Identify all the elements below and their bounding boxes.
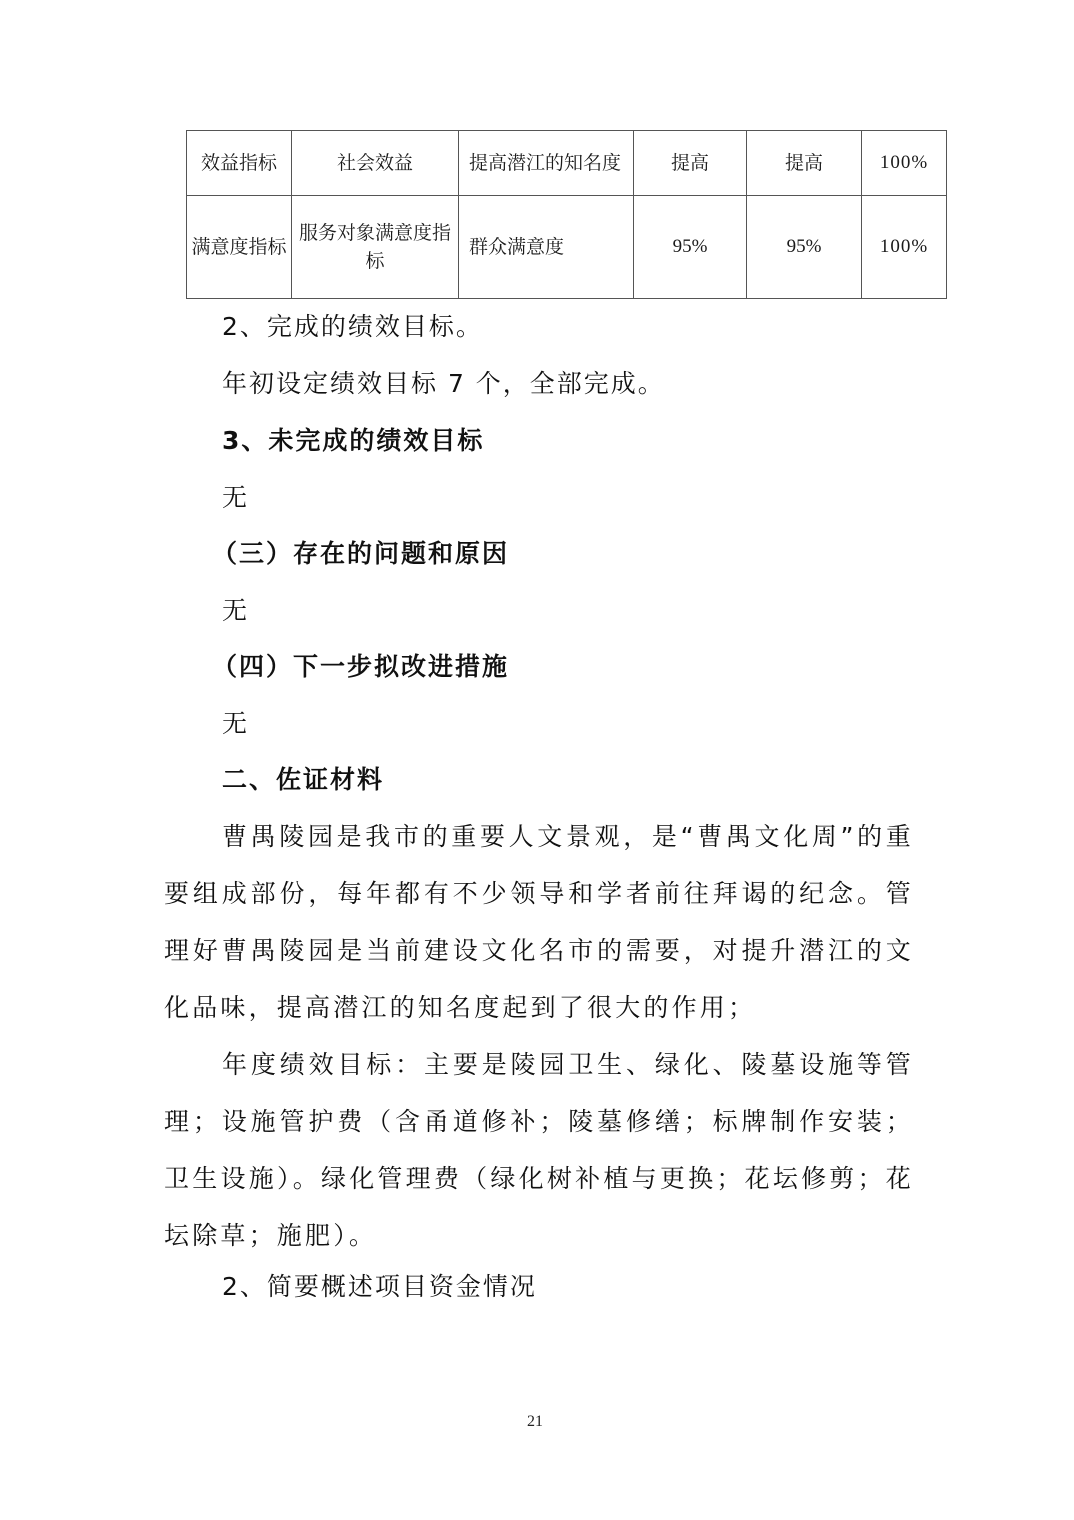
problems-body: 无: [222, 594, 249, 628]
cell-completion: 100%: [862, 131, 947, 196]
cell-level1: 效益指标: [187, 131, 292, 196]
cell-indicator: 群众满意度: [459, 196, 634, 299]
cell-level2: 服务对象满意度指标: [292, 196, 459, 299]
uncompleted-goals-heading: 3、未完成的绩效目标: [222, 424, 484, 458]
cell-completion: 100%: [862, 196, 947, 299]
cell-target: 95%: [634, 196, 747, 299]
evidence-paragraph-1: 曹禺陵园是我市的重要人文景观，是“曹禺文化周”的重要组成部份，每年都有不少领导和…: [164, 808, 914, 1036]
cell-level2: 社会效益: [292, 131, 459, 196]
cell-indicator: 提高潜江的知名度: [459, 131, 634, 196]
uncompleted-goals-body: 无: [222, 481, 249, 515]
next-steps-heading: （四）下一步拟改进措施: [212, 650, 509, 684]
evidence-heading: 二、佐证材料: [222, 763, 384, 797]
cell-actual: 提高: [747, 131, 862, 196]
cell-level1: 满意度指标: [187, 196, 292, 299]
cell-actual: 95%: [747, 196, 862, 299]
evidence-paragraph-2: 年度绩效目标：主要是陵园卫生、绿化、陵墓设施等管理；设施管护费（含甬道修补；陵墓…: [164, 1036, 914, 1264]
document-page: 效益指标 社会效益 提高潜江的知名度 提高 提高 100% 满意度指标 服务对象…: [0, 0, 1074, 1520]
funds-heading: 2、简要概述项目资金情况: [222, 1270, 537, 1304]
performance-indicator-table: 效益指标 社会效益 提高潜江的知名度 提高 提高 100% 满意度指标 服务对象…: [186, 130, 947, 299]
cell-target: 提高: [634, 131, 747, 196]
completed-goals-heading: 2、完成的绩效目标。: [222, 310, 483, 344]
table-row: 满意度指标 服务对象满意度指标 群众满意度 95% 95% 100%: [187, 196, 947, 299]
problems-heading: （三）存在的问题和原因: [212, 537, 509, 571]
next-steps-body: 无: [222, 707, 249, 741]
page-number: 21: [527, 1413, 543, 1431]
table-row: 效益指标 社会效益 提高潜江的知名度 提高 提高 100%: [187, 131, 947, 196]
completed-goals-body: 年初设定绩效目标 7 个，全部完成。: [222, 367, 665, 401]
